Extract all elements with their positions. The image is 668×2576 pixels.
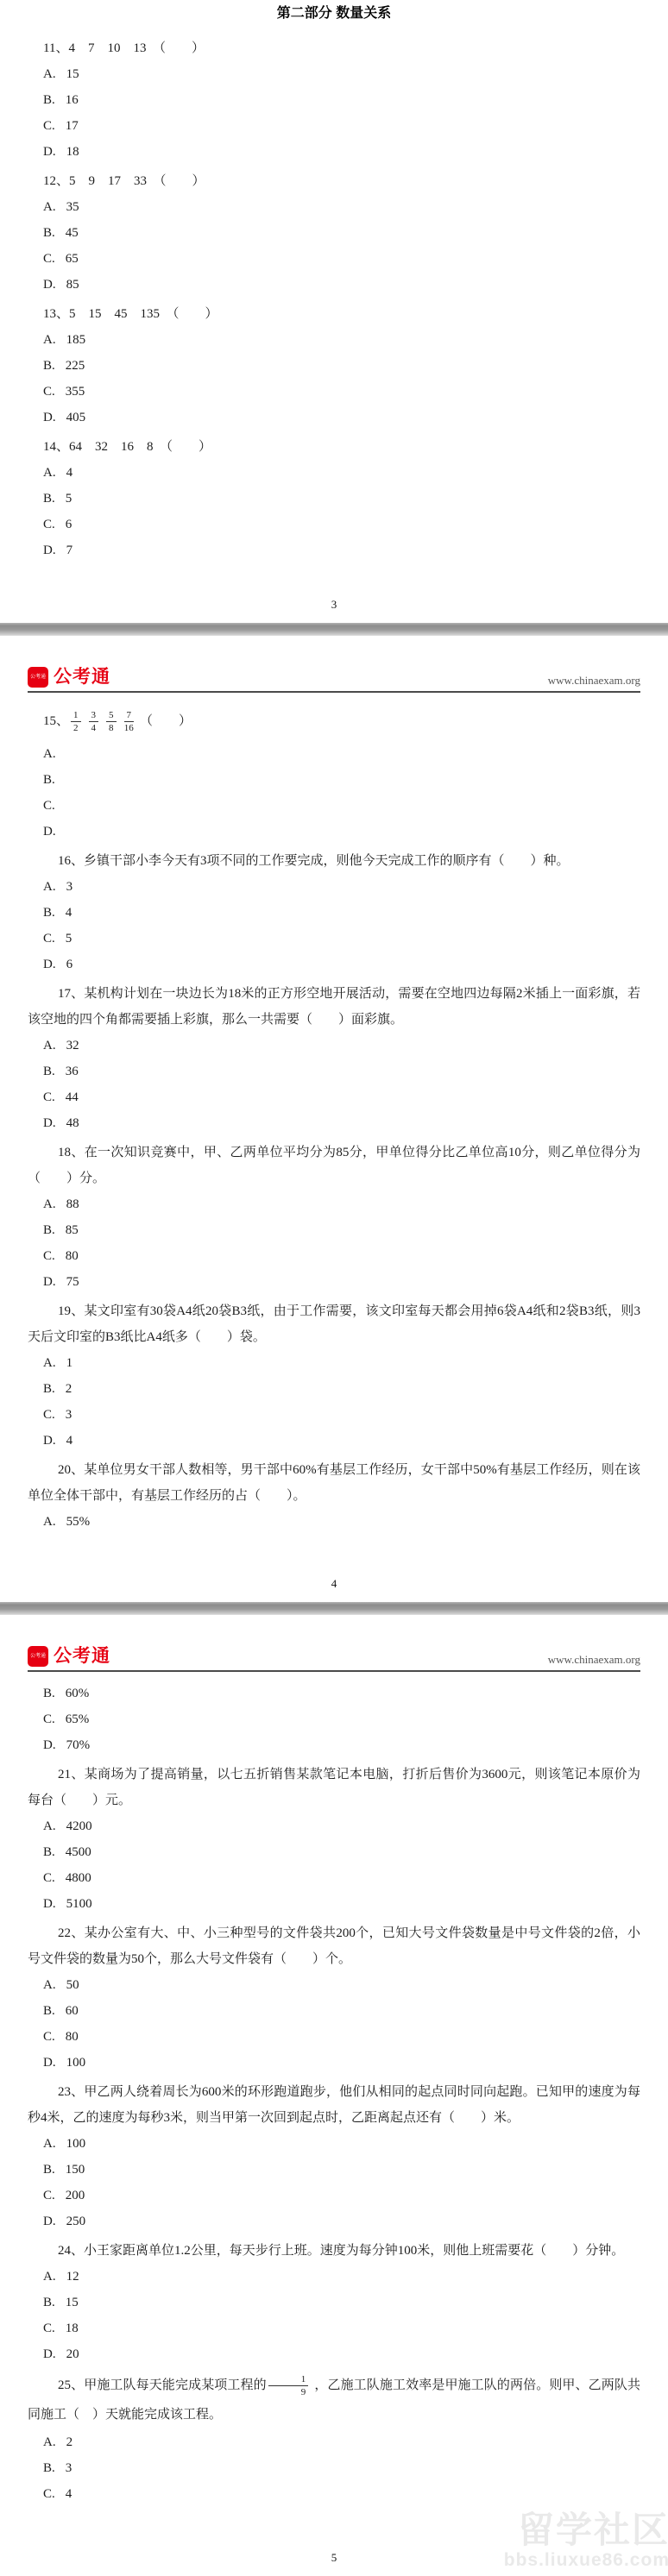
fraction: 58 bbox=[106, 710, 117, 733]
option-label: C. bbox=[43, 1090, 55, 1104]
option-row-A: A.12 bbox=[28, 2264, 640, 2290]
option-row-D: D. bbox=[28, 819, 640, 845]
option-label: C. bbox=[43, 252, 55, 266]
question-q14: 14、64 32 16 8 （ ）A.4B.5C.6D.7 bbox=[28, 434, 640, 563]
question-stem: 23、甲乙两人绕着周长为600米的环形跑道跑步，他们从相同的起点同时同向起跑。已… bbox=[28, 2079, 640, 2131]
option-label: B. bbox=[43, 93, 55, 107]
question-q24: 24、小王家距离单位1.2公里，每天步行上班。速度为每分钟100米，则他上班需要… bbox=[28, 2238, 640, 2367]
question-number: 25、 bbox=[58, 2378, 84, 2392]
option-row-A: A.4200 bbox=[28, 1813, 640, 1839]
option-row-C: C.80 bbox=[28, 2024, 640, 2050]
question-number: 15、 bbox=[43, 714, 69, 728]
brand-name: 公考通 bbox=[54, 1646, 110, 1667]
option-row-C: C.17 bbox=[28, 113, 640, 139]
page-separator bbox=[0, 1602, 668, 1615]
question-number: 17、 bbox=[58, 987, 84, 1001]
option-value: 5 bbox=[66, 932, 72, 946]
option-row-A: A.2 bbox=[28, 2429, 640, 2455]
option-row-A: A.4 bbox=[28, 460, 640, 486]
fraction-numerator: 5 bbox=[106, 710, 117, 722]
option-row-A: A.35 bbox=[28, 194, 640, 220]
option-row-B: B.45 bbox=[28, 220, 640, 246]
questions-container: 11、4 7 10 13 （ ）A.15B.16C.17D.1812、5 9 1… bbox=[28, 32, 640, 563]
stem-text-before: 甲施工队每天能完成某项工程的 bbox=[84, 2378, 267, 2392]
option-row-D: D.85 bbox=[28, 272, 640, 298]
fraction: 34 bbox=[89, 710, 99, 733]
fraction: 19 bbox=[268, 2374, 309, 2397]
document-page-5: 公考通 公考通 www.chinaexam.org B.60%C.65%D.70… bbox=[0, 1615, 668, 2576]
question-number: 20、 bbox=[58, 1463, 84, 1477]
fraction-denominator: 8 bbox=[106, 722, 117, 733]
option-row-D: D.4 bbox=[28, 1428, 640, 1454]
stem-text: （ ） bbox=[140, 714, 192, 728]
brand: 公考通 公考通 bbox=[28, 667, 110, 688]
option-value: 20 bbox=[66, 2347, 79, 2361]
question-stem: 11、4 7 10 13 （ ） bbox=[28, 35, 640, 61]
option-value: 4 bbox=[66, 466, 73, 480]
question-q19: 19、某文印室有30袋A4纸20袋B3纸，由于工作需要，该文印室每天都会用掉6袋… bbox=[28, 1298, 640, 1454]
option-label: C. bbox=[43, 2487, 55, 2501]
question-stem: 12、5 9 17 33 （ ） bbox=[28, 168, 640, 194]
option-row-B: B.4500 bbox=[28, 1839, 640, 1865]
question-stem: 21、某商场为了提高销量，以七五折销售某款笔记本电脑，打折后售价为3600元，则… bbox=[28, 1762, 640, 1813]
option-value: 355 bbox=[66, 385, 85, 399]
fraction: 716 bbox=[124, 710, 135, 733]
option-value: 80 bbox=[66, 2030, 79, 2044]
option-row-D: D.7 bbox=[28, 537, 640, 563]
option-label: C. bbox=[43, 518, 55, 531]
option-value: 70% bbox=[66, 1738, 91, 1752]
option-value: 32 bbox=[66, 1039, 79, 1052]
option-value: 4800 bbox=[66, 1871, 91, 1885]
question-number: 16、 bbox=[58, 854, 84, 868]
option-row-B: B. bbox=[28, 767, 640, 793]
option-value: 100 bbox=[66, 2056, 86, 2070]
stem-text: 某文印室有30袋A4纸20袋B3纸，由于工作需要，该文印室每天都会用掉6袋A4纸… bbox=[28, 1304, 640, 1344]
fraction-numerator: 7 bbox=[124, 710, 135, 722]
option-label: B. bbox=[43, 492, 55, 506]
section-title: 第二部分 数量关系 bbox=[28, 4, 640, 23]
option-value: 7 bbox=[66, 543, 73, 557]
fraction-denominator: 16 bbox=[124, 722, 135, 733]
option-label: A. bbox=[43, 1356, 56, 1370]
option-value: 6 bbox=[66, 518, 72, 531]
option-row-D: D.405 bbox=[28, 405, 640, 430]
option-row-B: B.4 bbox=[28, 900, 640, 926]
option-row-D: D.20 bbox=[28, 2341, 640, 2367]
stem-text: 乡镇干部小李今天有3项不同的工作要完成，则他今天完成工作的顺序有（ ）种。 bbox=[84, 854, 570, 868]
option-label: A. bbox=[43, 466, 56, 480]
option-label: A. bbox=[43, 1978, 56, 1992]
option-row-B: B.15 bbox=[28, 2290, 640, 2315]
option-row-A: A.15 bbox=[28, 61, 640, 87]
option-value: 15 bbox=[66, 67, 79, 81]
option-value: 17 bbox=[66, 119, 79, 133]
fraction: 12 bbox=[71, 710, 81, 733]
option-value: 60 bbox=[66, 2004, 79, 2018]
question-q20: 20、某单位男女干部人数相等，男干部中60%有基层工作经历，女干部中50%有基层… bbox=[28, 1457, 640, 1535]
question-stem: 16、乡镇干部小李今天有3项不同的工作要完成，则他今天完成工作的顺序有（ ）种。 bbox=[28, 848, 640, 874]
option-value: 2 bbox=[66, 1382, 72, 1396]
question-q22: 22、某办公室有大、中、小三种型号的文件袋共200个，已知大号文件袋数量是中号文… bbox=[28, 1920, 640, 2076]
option-label: A. bbox=[43, 200, 56, 214]
header-url-link[interactable]: www.chinaexam.org bbox=[548, 674, 640, 688]
option-row-B: B.85 bbox=[28, 1217, 640, 1243]
option-row-D: D.5100 bbox=[28, 1891, 640, 1917]
option-row-A: A.88 bbox=[28, 1191, 640, 1217]
questions-container: B.60%C.65%D.70%21、某商场为了提高销量，以七五折销售某款笔记本电… bbox=[28, 1672, 640, 2507]
question-q17: 17、某机构计划在一块边长为18米的正方形空地开展活动，需要在空地四边每隔2米插… bbox=[28, 981, 640, 1136]
question-number: 13、 bbox=[43, 307, 69, 321]
option-row-A: A.32 bbox=[28, 1033, 640, 1059]
brand-logo-icon: 公考通 bbox=[28, 667, 48, 688]
stem-text: 小王家距离单位1.2公里，每天步行上班。速度为每分钟100米，则他上班需要花（ … bbox=[84, 2244, 624, 2258]
option-label: C. bbox=[43, 2030, 55, 2044]
option-value: 6 bbox=[66, 958, 73, 971]
option-label: C. bbox=[43, 1712, 55, 1726]
option-label: C. bbox=[43, 119, 55, 133]
question-stem: 22、某办公室有大、中、小三种型号的文件袋共200个，已知大号文件袋数量是中号文… bbox=[28, 1920, 640, 1972]
question-number: 19、 bbox=[58, 1304, 85, 1318]
option-label: B. bbox=[43, 2004, 55, 2018]
fraction-numerator: 1 bbox=[268, 2374, 309, 2386]
option-row-B: B.2 bbox=[28, 1376, 640, 1402]
option-row-D: D.6 bbox=[28, 952, 640, 977]
option-row-B: B.225 bbox=[28, 353, 640, 379]
option-value: 60% bbox=[66, 1687, 90, 1700]
option-value: 45 bbox=[66, 226, 79, 240]
option-row-B: B.36 bbox=[28, 1059, 640, 1084]
option-label: A. bbox=[43, 747, 56, 761]
question-q16: 16、乡镇干部小李今天有3项不同的工作要完成，则他今天完成工作的顺序有（ ）种。… bbox=[28, 848, 640, 977]
option-label: D. bbox=[43, 543, 56, 557]
option-label: B. bbox=[43, 2461, 55, 2475]
option-value: 150 bbox=[66, 2163, 85, 2177]
page-number: 3 bbox=[28, 592, 640, 623]
option-label: D. bbox=[43, 1434, 56, 1448]
option-label: C. bbox=[43, 1249, 55, 1263]
option-label: D. bbox=[43, 2347, 56, 2361]
option-row-C: C.6 bbox=[28, 512, 640, 537]
page-separator bbox=[0, 623, 668, 636]
option-value: 5100 bbox=[66, 1897, 92, 1911]
option-value: 250 bbox=[66, 2215, 86, 2228]
option-value: 50 bbox=[66, 1978, 79, 1992]
stem-text: 5 9 17 33 （ ） bbox=[69, 174, 205, 188]
option-row-B: B.150 bbox=[28, 2157, 640, 2183]
option-label: B. bbox=[43, 773, 55, 787]
option-label: A. bbox=[43, 2435, 56, 2449]
brand-name: 公考通 bbox=[54, 667, 110, 688]
option-row-D: D.100 bbox=[28, 2050, 640, 2076]
question-number: 22、 bbox=[58, 1926, 85, 1940]
option-row-C: C.4 bbox=[28, 2481, 640, 2507]
option-row-D: D.48 bbox=[28, 1110, 640, 1136]
option-value: 85 bbox=[66, 278, 79, 292]
question-stem: 24、小王家距离单位1.2公里，每天步行上班。速度为每分钟100米，则他上班需要… bbox=[28, 2238, 640, 2264]
option-value: 85 bbox=[66, 1223, 79, 1237]
question-number: 11、 bbox=[43, 41, 68, 55]
option-label: D. bbox=[43, 278, 56, 292]
stem-text: 64 32 16 8 （ ） bbox=[69, 440, 211, 454]
fraction-denominator: 2 bbox=[71, 722, 81, 733]
option-row-D: D.18 bbox=[28, 139, 640, 165]
option-row-A: A.50 bbox=[28, 1972, 640, 1998]
option-label: A. bbox=[43, 2270, 56, 2284]
option-value: 35 bbox=[66, 200, 79, 214]
option-label: A. bbox=[43, 1039, 56, 1052]
fraction-denominator: 9 bbox=[268, 2386, 309, 2397]
option-row-D: D.70% bbox=[28, 1732, 640, 1758]
question-stem: 18、在一次知识竞赛中，甲、乙两单位平均分为85分，甲单位得分比乙单位高10分，… bbox=[28, 1140, 640, 1191]
question-number: 14、 bbox=[43, 440, 69, 454]
question-q20-continued: B.60%C.65%D.70% bbox=[28, 1681, 640, 1758]
stem-text: 某办公室有大、中、小三种型号的文件袋共200个，已知大号文件袋数量是中号文件袋的… bbox=[28, 1926, 640, 1966]
option-label: B. bbox=[43, 1223, 55, 1237]
option-value: 4200 bbox=[66, 1819, 92, 1833]
option-row-C: C.4800 bbox=[28, 1865, 640, 1891]
option-label: C. bbox=[43, 1408, 55, 1422]
option-value: 4 bbox=[66, 906, 72, 920]
option-label: D. bbox=[43, 145, 56, 159]
option-row-A: A.1 bbox=[28, 1350, 640, 1376]
option-value: 18 bbox=[66, 145, 79, 159]
question-stem: 15、123458716（ ） bbox=[28, 701, 640, 741]
option-row-C: C.3 bbox=[28, 1402, 640, 1428]
option-label: A. bbox=[43, 1819, 56, 1833]
option-row-A: A. bbox=[28, 741, 640, 767]
fraction-numerator: 3 bbox=[89, 710, 99, 722]
option-label: A. bbox=[43, 880, 56, 894]
option-row-B: B.16 bbox=[28, 87, 640, 113]
question-q18: 18、在一次知识竞赛中，甲、乙两单位平均分为85分，甲单位得分比乙单位高10分，… bbox=[28, 1140, 640, 1295]
stem-text: 4 7 10 13 （ ） bbox=[68, 41, 205, 55]
option-label: B. bbox=[43, 359, 55, 373]
question-q15: 15、123458716（ ）A.B.C.D. bbox=[28, 701, 640, 845]
option-row-B: B.60 bbox=[28, 1998, 640, 2024]
option-label: B. bbox=[43, 1065, 55, 1078]
stem-text: 某商场为了提高销量，以七五折销售某款笔记本电脑，打折后售价为3600元，则该笔记… bbox=[28, 1768, 640, 1807]
page-number: 5 bbox=[28, 2545, 640, 2576]
option-label: C. bbox=[43, 932, 55, 946]
question-q13: 13、5 15 45 135 （ ）A.185B.225C.355D.405 bbox=[28, 301, 640, 430]
option-label: D. bbox=[43, 2215, 56, 2228]
option-row-C: C.80 bbox=[28, 1243, 640, 1269]
option-label: D. bbox=[43, 1275, 56, 1289]
option-row-A: A.185 bbox=[28, 327, 640, 353]
question-number: 12、 bbox=[43, 174, 69, 188]
option-label: B. bbox=[43, 1687, 55, 1700]
brand: 公考通 公考通 bbox=[28, 1646, 110, 1667]
option-row-D: D.250 bbox=[28, 2208, 640, 2234]
document-page-3: 第二部分 数量关系 11、4 7 10 13 （ ）A.15B.16C.17D.… bbox=[0, 0, 668, 623]
document-page-4: 公考通 公考通 www.chinaexam.org 15、123458716（ … bbox=[0, 636, 668, 1602]
option-value: 36 bbox=[66, 1065, 79, 1078]
option-value: 55% bbox=[66, 1515, 91, 1529]
option-label: C. bbox=[43, 385, 55, 399]
option-value: 5 bbox=[66, 492, 72, 506]
option-label: A. bbox=[43, 67, 56, 81]
option-label: D. bbox=[43, 825, 56, 839]
option-row-C: C.5 bbox=[28, 926, 640, 952]
option-value: 80 bbox=[66, 1249, 79, 1263]
stem-text: 5 15 45 135 （ ） bbox=[69, 307, 218, 321]
option-label: B. bbox=[43, 1382, 55, 1396]
question-stem: 25、甲施工队每天能完成某项工程的19，乙施工队施工效率是甲施工队的两倍。则甲、… bbox=[28, 2371, 640, 2429]
option-label: D. bbox=[43, 1897, 56, 1911]
question-stem: 20、某单位男女干部人数相等，男干部中60%有基层工作经历，女干部中50%有基层… bbox=[28, 1457, 640, 1509]
option-value: 4 bbox=[66, 1434, 73, 1448]
option-value: 16 bbox=[66, 93, 79, 107]
option-value: 3 bbox=[66, 880, 73, 894]
option-value: 12 bbox=[66, 2270, 79, 2284]
option-value: 4 bbox=[66, 2487, 72, 2501]
option-label: C. bbox=[43, 799, 55, 813]
option-value: 405 bbox=[66, 411, 86, 424]
option-row-B: B.5 bbox=[28, 486, 640, 512]
option-value: 48 bbox=[66, 1116, 79, 1130]
option-row-C: C.355 bbox=[28, 379, 640, 405]
option-value: 185 bbox=[66, 333, 86, 347]
option-label: A. bbox=[43, 2137, 56, 2151]
option-value: 65% bbox=[66, 1712, 90, 1726]
option-label: D. bbox=[43, 1116, 56, 1130]
stem-text: 在一次知识竞赛中，甲、乙两单位平均分为85分，甲单位得分比乙单位高10分，则乙单… bbox=[28, 1146, 640, 1185]
questions-container: 15、123458716（ ）A.B.C.D.16、乡镇干部小李今天有3项不同的… bbox=[28, 693, 640, 1535]
option-value: 44 bbox=[66, 1090, 79, 1104]
stem-text: 某机构计划在一块边长为18米的正方形空地开展活动，需要在空地四边每隔2米插上一面… bbox=[28, 987, 640, 1027]
question-stem: 17、某机构计划在一块边长为18米的正方形空地开展活动，需要在空地四边每隔2米插… bbox=[28, 981, 640, 1033]
option-value: 18 bbox=[66, 2322, 79, 2335]
option-label: C. bbox=[43, 2322, 55, 2335]
option-row-C: C.44 bbox=[28, 1084, 640, 1110]
option-label: C. bbox=[43, 2189, 55, 2202]
option-row-A: A.100 bbox=[28, 2131, 640, 2157]
option-value: 75 bbox=[66, 1275, 79, 1289]
option-value: 200 bbox=[66, 2189, 85, 2202]
option-label: B. bbox=[43, 2163, 55, 2177]
option-label: B. bbox=[43, 906, 55, 920]
option-value: 65 bbox=[66, 252, 79, 266]
option-label: C. bbox=[43, 1871, 55, 1885]
option-row-B: B.60% bbox=[28, 1681, 640, 1706]
option-value: 3 bbox=[66, 1408, 72, 1422]
option-row-C: C.200 bbox=[28, 2183, 640, 2208]
question-stem: 19、某文印室有30袋A4纸20袋B3纸，由于工作需要，该文印室每天都会用掉6袋… bbox=[28, 1298, 640, 1350]
option-row-C: C.65% bbox=[28, 1706, 640, 1732]
option-row-D: D.75 bbox=[28, 1269, 640, 1295]
question-q21: 21、某商场为了提高销量，以七五折销售某款笔记本电脑，打折后售价为3600元，则… bbox=[28, 1762, 640, 1917]
page-header: 公考通 公考通 www.chinaexam.org bbox=[28, 1646, 640, 1672]
option-value: 15 bbox=[66, 2296, 79, 2309]
option-row-A: A.3 bbox=[28, 874, 640, 900]
fraction-denominator: 4 bbox=[89, 722, 99, 733]
option-label: A. bbox=[43, 1197, 56, 1211]
question-number: 21、 bbox=[58, 1768, 85, 1781]
option-value: 1 bbox=[66, 1356, 73, 1370]
option-label: A. bbox=[43, 333, 56, 347]
option-label: B. bbox=[43, 1845, 55, 1859]
option-label: B. bbox=[43, 2296, 55, 2309]
question-q25: 25、甲施工队每天能完成某项工程的19，乙施工队施工效率是甲施工队的两倍。则甲、… bbox=[28, 2371, 640, 2507]
option-label: B. bbox=[43, 226, 55, 240]
option-value: 225 bbox=[66, 359, 85, 373]
header-url-link[interactable]: www.chinaexam.org bbox=[548, 1653, 640, 1667]
option-label: A. bbox=[43, 1515, 56, 1529]
question-number: 24、 bbox=[58, 2244, 84, 2258]
option-row-B: B.3 bbox=[28, 2455, 640, 2481]
option-label: D. bbox=[43, 958, 56, 971]
stem-text: 甲乙两人绕着周长为600米的环形跑道跑步，他们从相同的起点同时同向起跑。已知甲的… bbox=[28, 2085, 640, 2125]
brand-logo-icon: 公考通 bbox=[28, 1646, 48, 1667]
stem-text: 某单位男女干部人数相等，男干部中60%有基层工作经历，女干部中50%有基层工作经… bbox=[28, 1463, 640, 1503]
question-q11: 11、4 7 10 13 （ ）A.15B.16C.17D.18 bbox=[28, 35, 640, 165]
option-row-A: A.55% bbox=[28, 1509, 640, 1535]
page-header: 公考通 公考通 www.chinaexam.org bbox=[28, 667, 640, 693]
option-value: 3 bbox=[66, 2461, 72, 2475]
option-row-C: C.65 bbox=[28, 246, 640, 272]
question-q12: 12、5 9 17 33 （ ）A.35B.45C.65D.85 bbox=[28, 168, 640, 298]
question-stem: 13、5 15 45 135 （ ） bbox=[28, 301, 640, 327]
option-value: 100 bbox=[66, 2137, 86, 2151]
fraction-numerator: 1 bbox=[71, 710, 81, 722]
option-value: 88 bbox=[66, 1197, 79, 1211]
question-number: 23、 bbox=[58, 2085, 84, 2099]
option-label: D. bbox=[43, 2056, 56, 2070]
page-number: 4 bbox=[28, 1571, 640, 1602]
option-label: D. bbox=[43, 411, 56, 424]
option-value: 4500 bbox=[66, 1845, 91, 1859]
option-value: 2 bbox=[66, 2435, 73, 2449]
option-row-C: C. bbox=[28, 793, 640, 819]
option-label: D. bbox=[43, 1738, 56, 1752]
option-row-C: C.18 bbox=[28, 2315, 640, 2341]
question-stem: 14、64 32 16 8 （ ） bbox=[28, 434, 640, 460]
question-number: 18、 bbox=[58, 1146, 85, 1159]
question-q23: 23、甲乙两人绕着周长为600米的环形跑道跑步，他们从相同的起点同时同向起跑。已… bbox=[28, 2079, 640, 2234]
